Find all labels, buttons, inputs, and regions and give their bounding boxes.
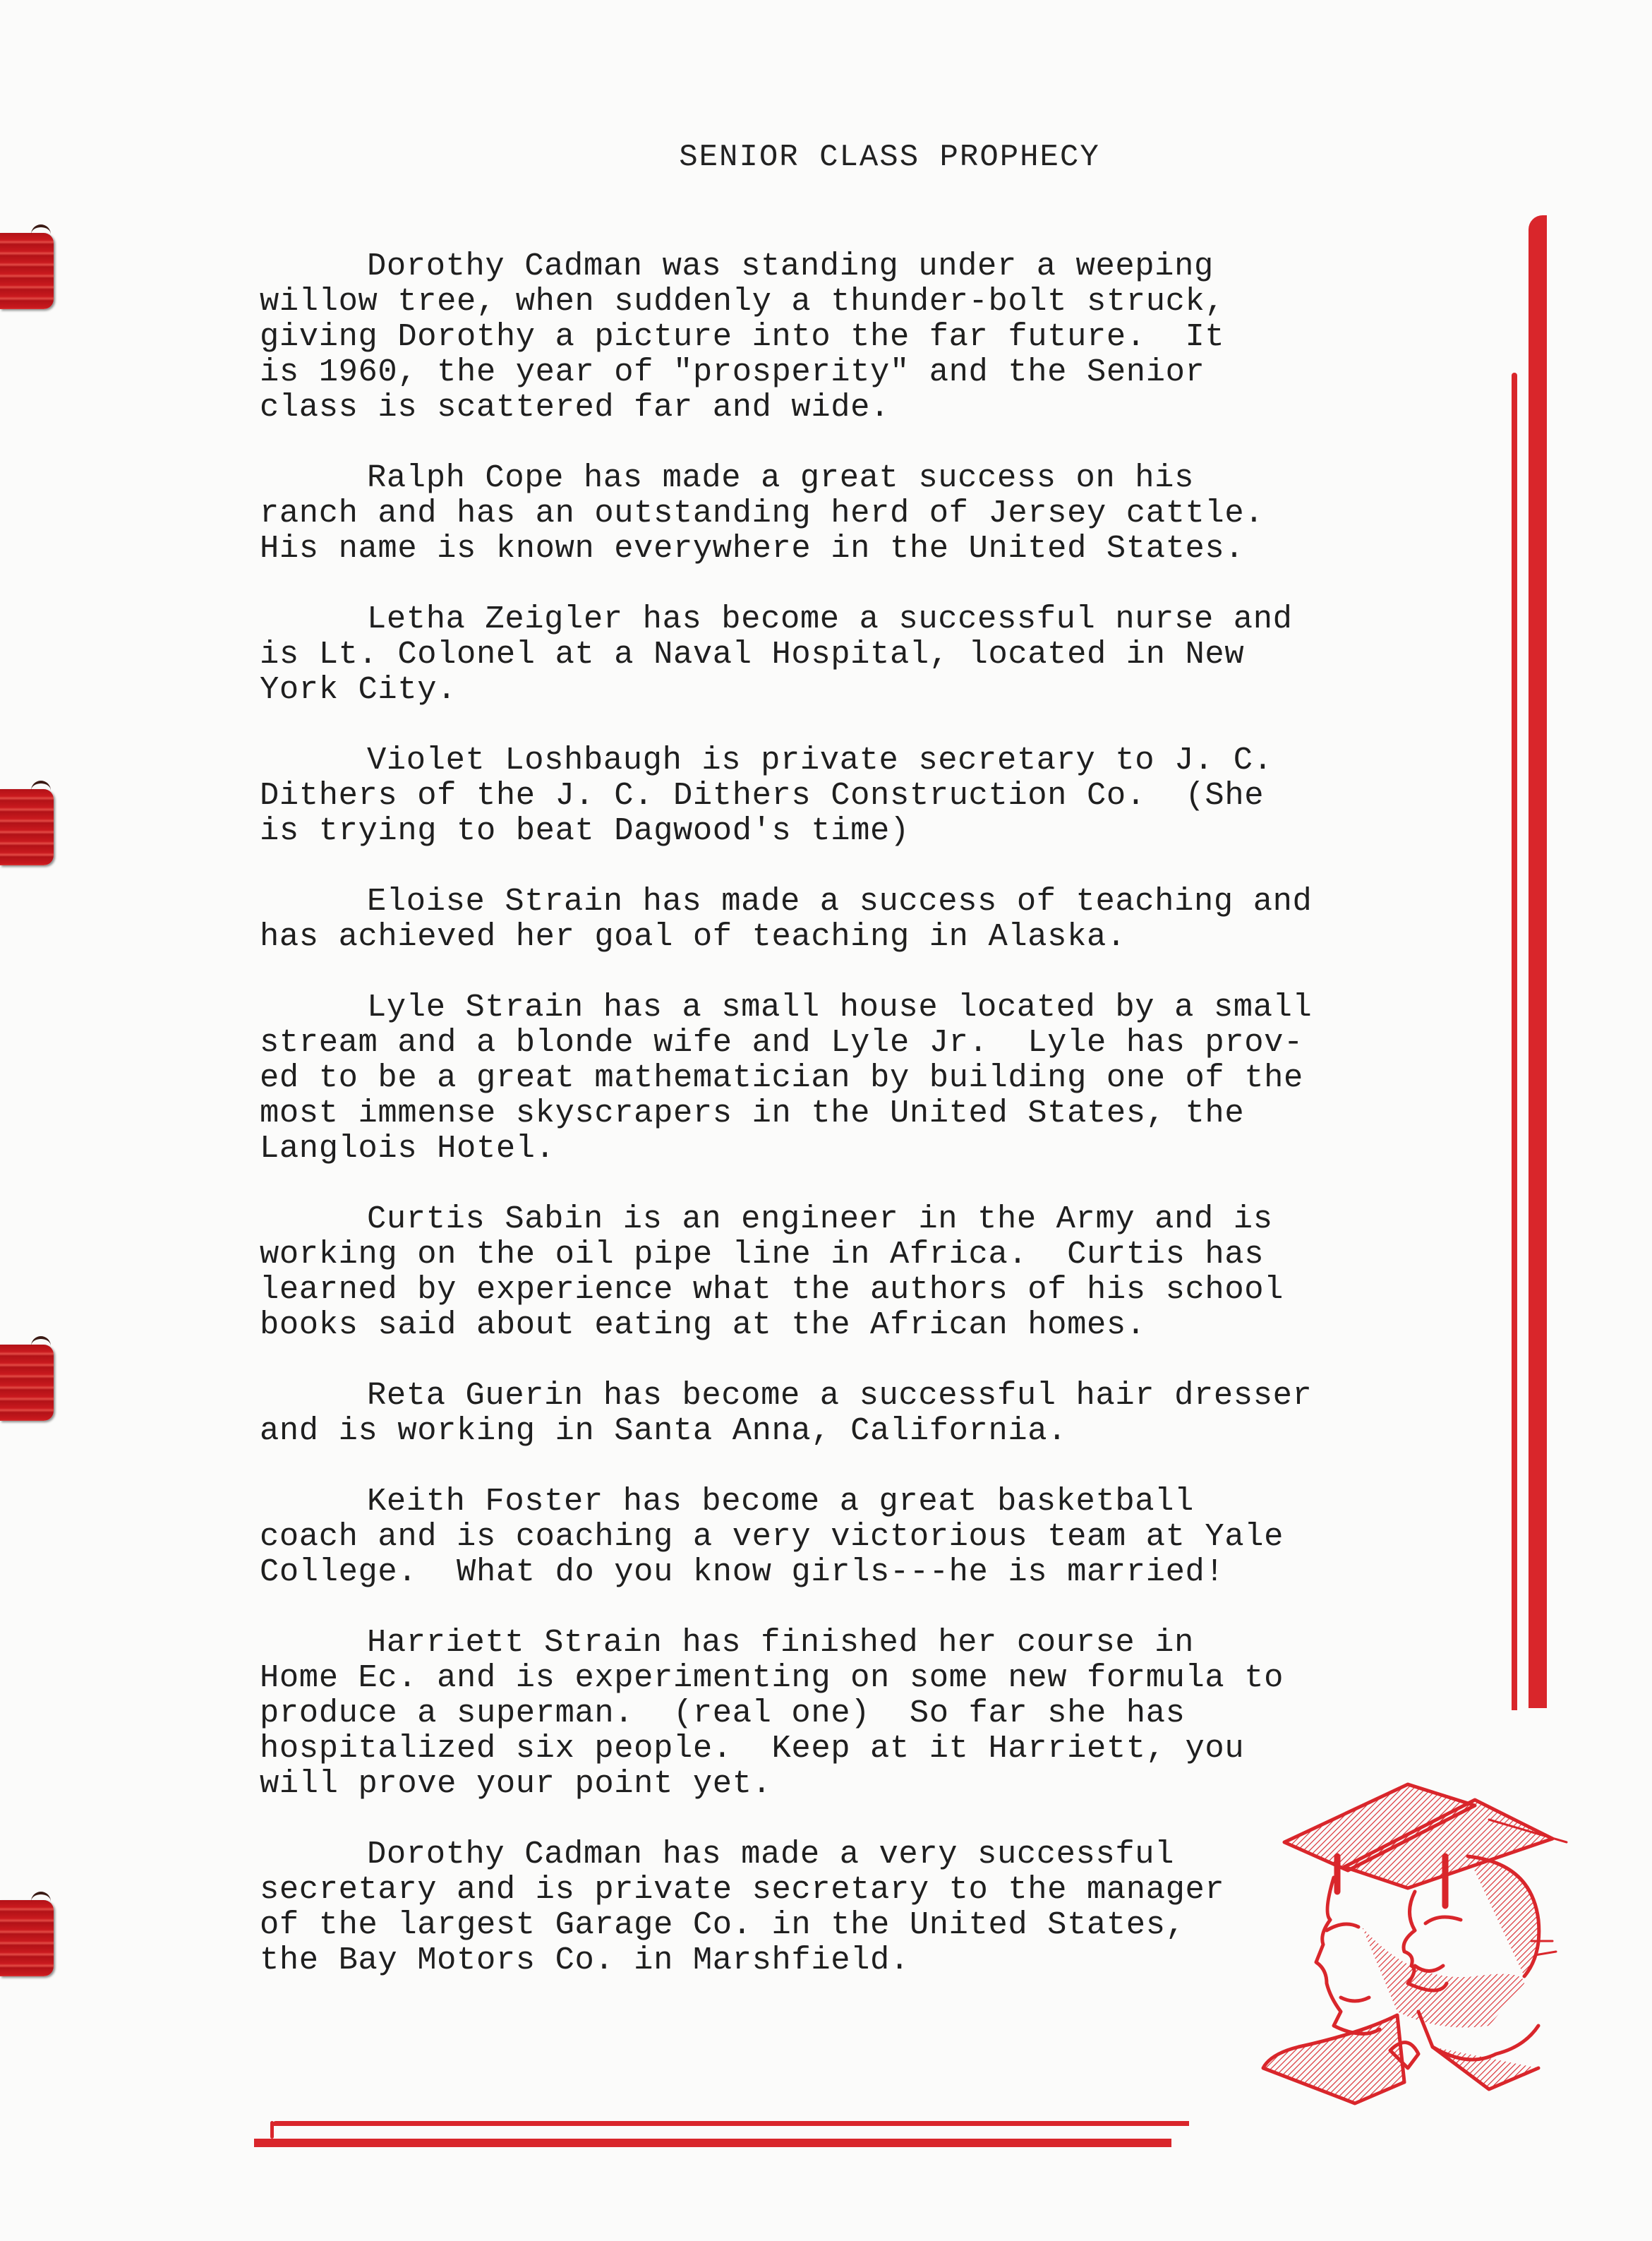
text-line: His name is known everywhere in the Unit…	[260, 531, 1417, 566]
prophecy-paragraph: Eloise Strain has made a success of teac…	[260, 884, 1417, 954]
text-line: Langlois Hotel.	[260, 1131, 1417, 1166]
red-border-vertical-thick	[1529, 215, 1547, 1708]
text-line: and is working in Santa Anna, California…	[260, 1413, 1417, 1448]
text-line: of the largest Garage Co. in the United …	[260, 1907, 1417, 1942]
binder-ring-icon	[0, 1345, 54, 1421]
text-line: books said about eating at the African h…	[260, 1307, 1417, 1342]
text-line: Lyle Strain has a small house located by…	[260, 990, 1417, 1025]
prophecy-paragraph: Violet Loshbaugh is private secretary to…	[260, 743, 1417, 848]
prophecy-paragraph: Dorothy Cadman has made a very successfu…	[260, 1837, 1417, 1978]
prophecy-paragraph: Keith Foster has become a great basketba…	[260, 1484, 1417, 1590]
text-line: Reta Guerin has become a successful hair…	[260, 1378, 1417, 1413]
text-line: Home Ec. and is experimenting on some ne…	[260, 1660, 1417, 1695]
binder-ring-icon	[0, 789, 54, 865]
binder-ring-icon	[0, 233, 54, 309]
text-line: Letha Zeigler has become a successful nu…	[260, 601, 1417, 637]
page-title: SENIOR CLASS PROPHECY	[0, 140, 1652, 175]
graduates-in-caps-icon	[1256, 1772, 1595, 2125]
text-line: Dorothy Cadman was standing under a weep…	[260, 248, 1417, 284]
text-line: produce a superman. (real one) So far sh…	[260, 1695, 1417, 1731]
text-line: ed to be a great mathematician by buildi…	[260, 1060, 1417, 1095]
text-line: York City.	[260, 672, 1417, 707]
text-line: College. What do you know girls---he is …	[260, 1554, 1417, 1590]
text-line: has achieved her goal of teaching in Ala…	[260, 919, 1417, 954]
text-line: working on the oil pipe line in Africa. …	[260, 1237, 1417, 1272]
prophecy-paragraph: Letha Zeigler has become a successful nu…	[260, 601, 1417, 707]
text-line: Dithers of the J. C. Dithers Constructio…	[260, 778, 1417, 813]
prophecy-paragraph: Ralph Cope has made a great success on h…	[260, 460, 1417, 566]
text-line: Dorothy Cadman has made a very successfu…	[260, 1837, 1417, 1872]
text-line: ranch and has an outstanding herd of Jer…	[260, 495, 1417, 531]
prophecy-body: Dorothy Cadman was standing under a weep…	[260, 248, 1417, 2013]
text-line: Keith Foster has become a great basketba…	[260, 1484, 1417, 1519]
prophecy-paragraph: Harriett Strain has finished her course …	[260, 1625, 1417, 1801]
red-border-horizontal-thin	[272, 2121, 1189, 2126]
text-line: willow tree, when suddenly a thunder-bol…	[260, 284, 1417, 319]
text-line: is trying to beat Dagwood's time)	[260, 813, 1417, 848]
prophecy-paragraph: Reta Guerin has become a successful hair…	[260, 1378, 1417, 1448]
text-line: is 1960, the year of "prosperity" and th…	[260, 354, 1417, 390]
text-line: Ralph Cope has made a great success on h…	[260, 460, 1417, 495]
red-border-corner	[270, 2121, 274, 2139]
text-line: Violet Loshbaugh is private secretary to…	[260, 743, 1417, 778]
text-line: learned by experience what the authors o…	[260, 1272, 1417, 1307]
text-line: coach and is coaching a very victorious …	[260, 1519, 1417, 1554]
text-line: Curtis Sabin is an engineer in the Army …	[260, 1201, 1417, 1237]
text-line: the Bay Motors Co. in Marshfield.	[260, 1942, 1417, 1978]
text-line: hospitalized six people. Keep at it Harr…	[260, 1731, 1417, 1766]
red-border-horizontal-thick	[254, 2139, 1171, 2147]
text-line: stream and a blonde wife and Lyle Jr. Ly…	[260, 1025, 1417, 1060]
text-line: secretary and is private secretary to th…	[260, 1872, 1417, 1907]
prophecy-paragraph: Curtis Sabin is an engineer in the Army …	[260, 1201, 1417, 1342]
prophecy-paragraph: Dorothy Cadman was standing under a weep…	[260, 248, 1417, 425]
text-line: Harriett Strain has finished her course …	[260, 1625, 1417, 1660]
prophecy-paragraph: Lyle Strain has a small house located by…	[260, 990, 1417, 1166]
red-border-vertical-thin	[1512, 373, 1517, 1710]
text-line: most immense skyscrapers in the United S…	[260, 1095, 1417, 1131]
binder-ring-icon	[0, 1900, 54, 1976]
text-line: is Lt. Colonel at a Naval Hospital, loca…	[260, 637, 1417, 672]
text-line: class is scattered far and wide.	[260, 390, 1417, 425]
text-line: will prove your point yet.	[260, 1766, 1417, 1801]
text-line: giving Dorothy a picture into the far fu…	[260, 319, 1417, 354]
text-line: Eloise Strain has made a success of teac…	[260, 884, 1417, 919]
